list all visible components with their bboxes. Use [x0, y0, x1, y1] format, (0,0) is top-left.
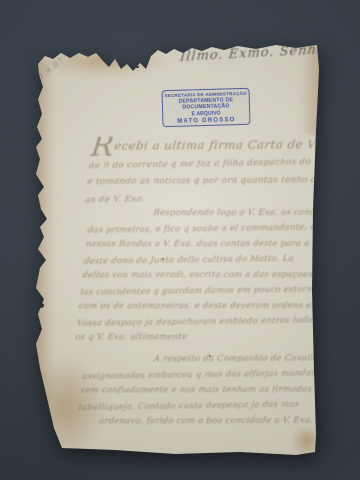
paper-hole — [37, 303, 44, 308]
archive-stamp: SECRETARIA DE ADMINISTRAÇÃO DEPARTAMENTO… — [162, 88, 251, 127]
opening-line-text: ecebi a ultima firma Carta de V. Exa. — [114, 137, 322, 153]
stamp-line-2: DEPARTAMENTO DE DOCUMENTAÇÃO — [164, 96, 248, 110]
left-edge-stain — [28, 60, 54, 450]
handwriting-line: nessas Bandas a V. Exa. duas contas dest… — [85, 239, 323, 255]
paragraph-3: A respeito da Companhia de Cavallos q as… — [76, 353, 323, 433]
handwriting-line: com os de antemaneiras, e deste deveram … — [78, 301, 316, 317]
opening-line: Recebi a ultima firma Carta de V. Exa. — [89, 135, 322, 161]
manuscript-page: 13.9.07 SECRETARIA DE ADMINISTRAÇÃO DEPA… — [0, 0, 360, 480]
paragraph-1: Recebi a ultima firma Carta de V. Exa. d… — [84, 134, 322, 212]
handwriting-line: Respondendo logo a V. Exa. os concidando… — [88, 208, 326, 224]
handwriting-line: ordenava, ferido com a boa concidade a V… — [76, 416, 316, 433]
stamp-line-4: MATO GROSSO — [177, 117, 235, 125]
salutation: Illmo. Exmo. Senhor — [179, 42, 330, 65]
photograph-of-manuscript: 13.9.07 SECRETARIA DE ADMINISTRAÇÃO DEPA… — [0, 0, 360, 480]
handwriting-line: os q V. Exa. ultimamente — [74, 332, 312, 348]
ink-speck — [136, 66, 139, 68]
stamp-line-3: E ARQUIVO — [192, 110, 221, 117]
handwriting-line: A respeito da Companhia de Cavallos q — [83, 353, 323, 370]
paper-hole — [39, 216, 44, 219]
illuminated-initial: R — [89, 135, 116, 161]
pencil-annotation: 13.9.07 — [31, 55, 66, 85]
handwriting-line: dellas vou mais veradi, escrita com a da… — [81, 270, 319, 286]
paper-sheet: 13.9.07 SECRETARIA DE ADMINISTRAÇÃO DEPA… — [0, 0, 360, 480]
paragraph-2: Respondendo logo a V. Exa. os concidando… — [74, 207, 326, 349]
handwriting-line: vem confiadamente e nos mais tenham as f… — [79, 384, 319, 401]
top-right-stain — [300, 45, 322, 135]
